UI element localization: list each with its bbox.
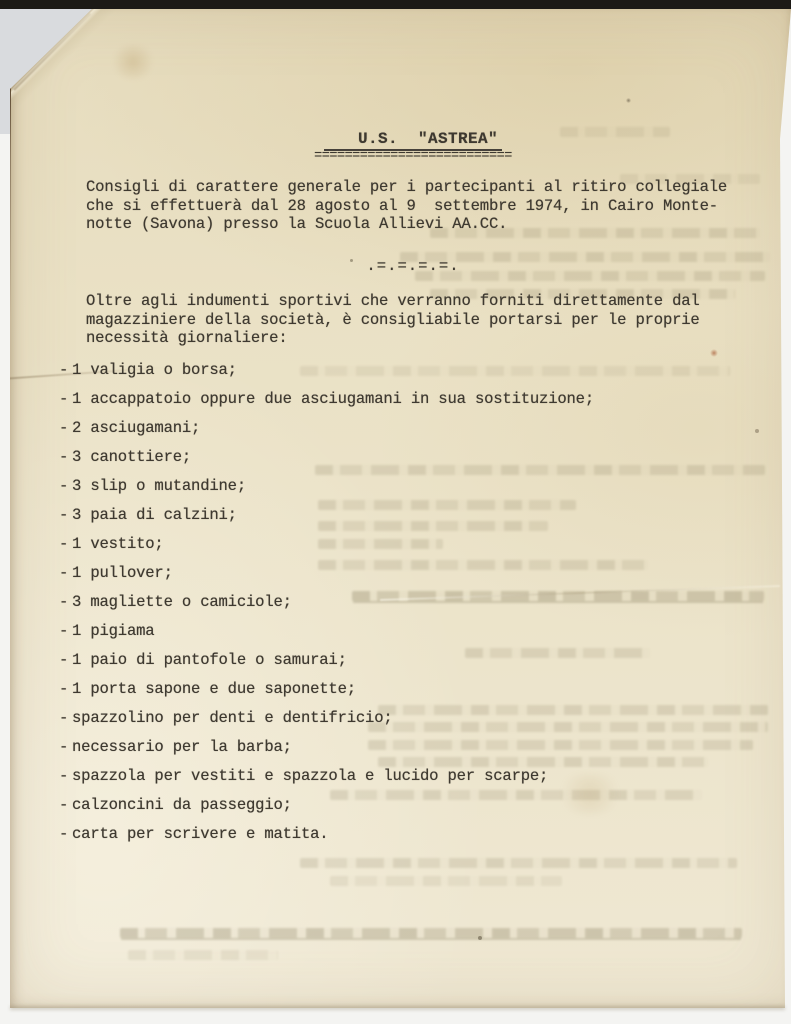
list-item-text: 1 valigia o borsa; — [72, 361, 237, 379]
list-item-marker: - — [59, 419, 72, 437]
paper-speck — [478, 936, 482, 940]
paper-speck — [755, 429, 759, 433]
scanner-edge-strip — [0, 0, 791, 9]
bleed-through-line — [128, 950, 278, 960]
list-item-marker: - — [59, 796, 72, 814]
list-item-text: 3 slip o mutandine; — [72, 477, 246, 495]
page-title-text: U.S. "ASTREA" — [324, 130, 502, 151]
list-item-text: 1 vestito; — [72, 535, 164, 553]
paper-stain — [710, 349, 718, 357]
list-item: -spazzolino per denti e dentifricio; — [59, 709, 594, 738]
bleed-through-line — [120, 928, 742, 938]
scanned-document-page: U.S. "ASTREA" ==========================… — [0, 0, 791, 1024]
document-header: U.S. "ASTREA" ========================== — [83, 130, 743, 162]
list-item-marker: - — [59, 651, 72, 669]
list-item-text: 1 paio di pantofole o samurai; — [72, 651, 347, 669]
list-item-marker: - — [59, 361, 72, 379]
paper-speck — [626, 98, 631, 103]
list-item-text: 1 pullover; — [72, 564, 173, 582]
list-item: -1 vestito; — [59, 535, 594, 564]
paper-bottom-shadow — [10, 1006, 785, 1010]
list-item-marker: - — [59, 593, 72, 611]
list-item-text: 1 pigiama — [72, 622, 154, 640]
list-item: -carta per scrivere e matita. — [59, 825, 594, 854]
list-item: -3 canottiere; — [59, 448, 594, 477]
list-item: -1 accappatoio oppure due asciugamani in… — [59, 390, 594, 419]
list-item-text: spazzola per vestiti e spazzola e lucido… — [72, 767, 548, 785]
list-item-text: 3 magliette o camiciole; — [72, 593, 292, 611]
section-separator: .=.=.=.=. — [83, 257, 743, 275]
body-line: necessità giornaliere: — [86, 329, 700, 348]
list-item-text: 1 accappatoio oppure due asciugamani in … — [72, 390, 594, 408]
list-item-marker: - — [59, 535, 72, 553]
list-item-text: 3 canottiere; — [72, 448, 191, 466]
list-item-marker: - — [59, 680, 72, 698]
list-item: -1 paio di pantofole o samurai; — [59, 651, 594, 680]
list-item-marker: - — [59, 767, 72, 785]
bleed-through-line — [300, 858, 737, 868]
intro-paragraph: Consigli di carattere generale per i par… — [86, 178, 727, 234]
list-item: -3 slip o mutandine; — [59, 477, 594, 506]
list-item: -calzoncini da passeggio; — [59, 796, 594, 825]
paper-smudge — [110, 45, 156, 79]
list-item-text: carta per scrivere e matita. — [72, 825, 328, 843]
list-item: -spazzola per vestiti e spazzola e lucid… — [59, 767, 594, 796]
list-item-marker: - — [59, 709, 72, 727]
list-item-text: calzoncini da passeggio; — [72, 796, 292, 814]
list-item: -1 valigia o borsa; — [59, 361, 594, 390]
page-title: U.S. "ASTREA" — [83, 130, 743, 151]
list-item-text: 1 porta sapone e due saponette; — [72, 680, 356, 698]
list-item: -3 paia di calzini; — [59, 506, 594, 535]
list-item-marker: - — [59, 477, 72, 495]
list-item-marker: - — [59, 825, 72, 843]
list-item-text: necessario per la barba; — [72, 738, 292, 756]
paper-sheet: U.S. "ASTREA" ==========================… — [10, 9, 791, 1008]
list-item: -3 magliette o camiciole; — [59, 593, 594, 622]
list-item-marker: - — [59, 390, 72, 408]
intro-line: che si effettuerà dal 28 agosto al 9 set… — [86, 197, 727, 216]
list-item-marker: - — [59, 506, 72, 524]
list-item-marker: - — [59, 622, 72, 640]
list-item-marker: - — [59, 564, 72, 582]
intro-line: Consigli di carattere generale per i par… — [86, 178, 727, 197]
body-line: Oltre agli indumenti sportivi che verran… — [86, 292, 700, 311]
packing-list: -1 valigia o borsa; -1 accappatoio oppur… — [59, 361, 594, 854]
intro-line: notte (Savona) presso la Scuola Allievi … — [86, 215, 727, 234]
list-item-text: spazzolino per denti e dentifricio; — [72, 709, 393, 727]
body-paragraph: Oltre agli indumenti sportivi che verran… — [86, 292, 700, 348]
list-item: -necessario per la barba; — [59, 738, 594, 767]
list-item-marker: - — [59, 738, 72, 756]
list-item: -1 pigiama — [59, 622, 594, 651]
bleed-through-line — [330, 876, 562, 886]
list-item: -1 porta sapone e due saponette; — [59, 680, 594, 709]
body-line: magazziniere della società, è consigliab… — [86, 311, 700, 330]
list-item-text: 3 paia di calzini; — [72, 506, 237, 524]
list-item: -2 asciugamani; — [59, 419, 594, 448]
list-item-text: 2 asciugamani; — [72, 419, 200, 437]
list-item-marker: - — [59, 448, 72, 466]
list-item: -1 pullover; — [59, 564, 594, 593]
title-underline-rule: ========================== — [83, 152, 743, 162]
